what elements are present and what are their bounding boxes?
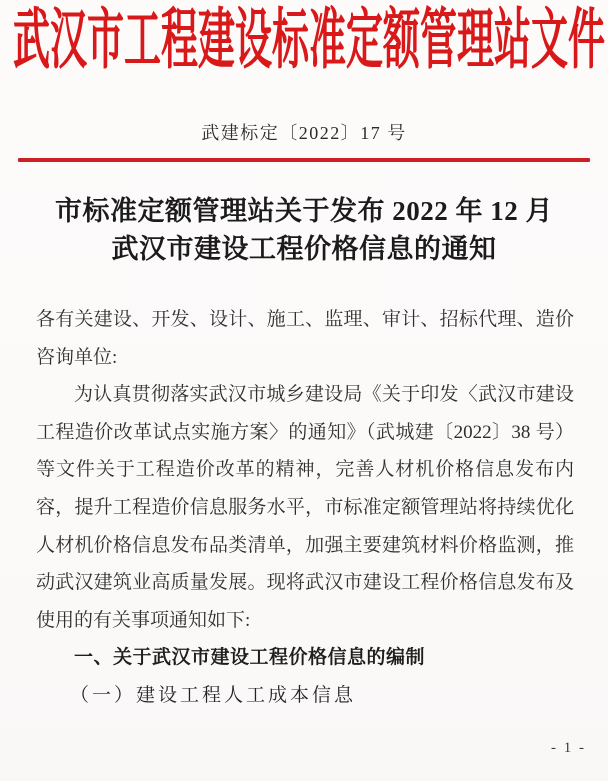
- masthead-char: 额: [383, 7, 420, 78]
- masthead-char: 设: [235, 7, 272, 78]
- masthead-char: 市: [87, 7, 124, 78]
- masthead-char: 站: [494, 7, 531, 78]
- masthead-char: 标: [272, 7, 309, 78]
- masthead-char: 建: [198, 7, 235, 78]
- masthead-char: 程: [161, 7, 198, 78]
- red-divider: [18, 158, 590, 162]
- body-line: 咨询单位:: [36, 339, 574, 377]
- document-title-line2: 武汉市建设工程价格信息的通知: [0, 230, 608, 268]
- body-line: 容，提升工程造价信息服务水平，市标准定额管理站将持续优化: [36, 489, 574, 527]
- body-line: 人材机价格信息发布品类清单，加强主要建筑材料价格监测，推: [36, 527, 574, 565]
- document-body: 各有关建设、开发、设计、施工、监理、审计、招标代理、造价咨询单位:为认真贯彻落实…: [36, 301, 574, 715]
- document-title: 市标准定额管理站关于发布 2022 年 12 月 武汉市建设工程价格信息的通知: [0, 192, 608, 268]
- document-title-line1: 市标准定额管理站关于发布 2022 年 12 月: [0, 192, 608, 230]
- page-number: - 1 -: [551, 740, 586, 757]
- body-line: 工程造价改革试点实施方案〉的通知》（武城建〔2022〕38 号）: [36, 414, 574, 452]
- masthead-char: 件: [568, 7, 605, 78]
- body-line: 等文件关于工程造价改革的精神，完善人材机价格信息发布内: [36, 451, 574, 489]
- body-line: 各有关建设、开发、设计、施工、监理、审计、招标代理、造价: [36, 301, 574, 339]
- section-heading: 一、关于武汉市建设工程价格信息的编制: [36, 639, 574, 677]
- masthead-char: 准: [309, 7, 346, 78]
- masthead-char: 理: [457, 7, 494, 78]
- body-line: 使用的有关事项通知如下:: [36, 602, 574, 640]
- masthead-char: 工: [124, 7, 161, 78]
- sub-heading: （一）建设工程人工成本信息: [36, 677, 574, 715]
- masthead-char: 定: [346, 7, 383, 78]
- masthead-char: 文: [531, 7, 568, 78]
- masthead-char: 汉: [50, 7, 87, 78]
- doc-number: 武建标定〔2022〕17 号: [0, 119, 608, 145]
- body-line: 动武汉建筑业高质量发展。现将武汉市建设工程价格信息发布及: [36, 564, 574, 602]
- masthead-char: 管: [420, 7, 457, 78]
- masthead-char: 武: [13, 7, 50, 78]
- masthead-title: 武汉市工程建设标准定额管理站文件: [13, 7, 596, 78]
- body-line: 为认真贯彻落实武汉市城乡建设局《关于印发〈武汉市建设: [36, 376, 574, 414]
- document-page: 武汉市工程建设标准定额管理站文件 武建标定〔2022〕17 号 市标准定额管理站…: [0, 0, 608, 781]
